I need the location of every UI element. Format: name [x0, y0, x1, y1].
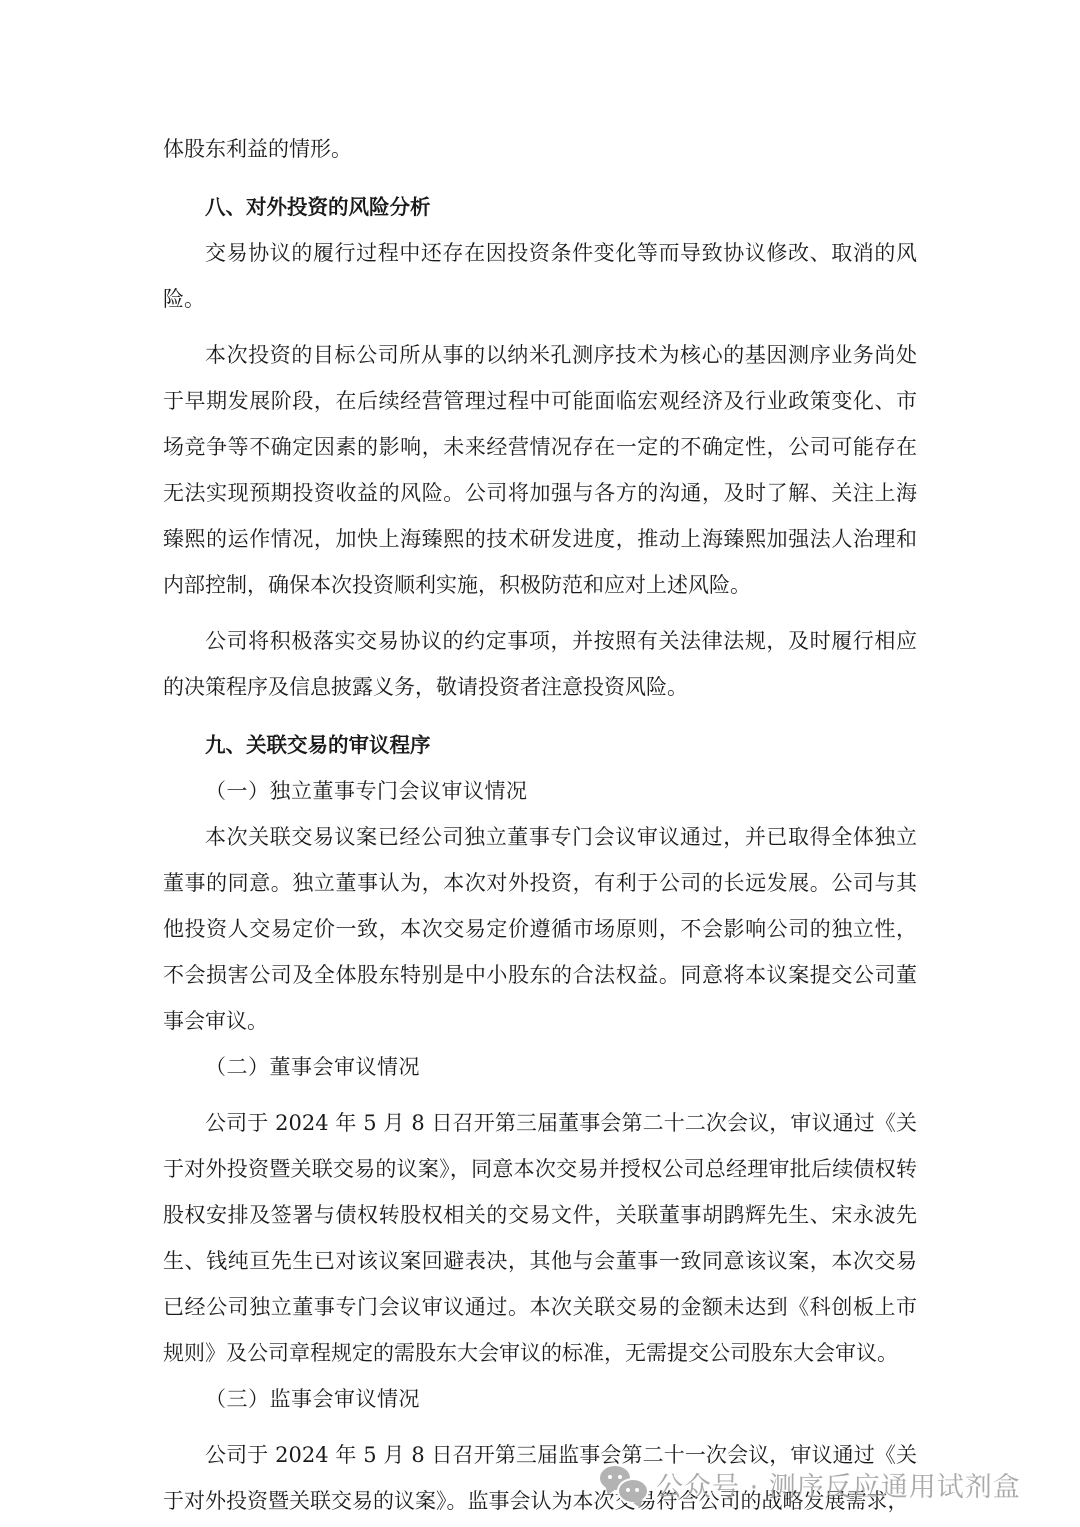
paragraph-independent-directors: 本次关联交易议案已经公司独立董事专门会议审议通过，并已取得全体独立董事的同意。独…	[163, 814, 917, 1044]
wechat-watermark: 公众号 · 测序反应通用试剂盒	[600, 1462, 1021, 1506]
section-heading-9: 九、关联交易的审议程序	[163, 722, 917, 768]
subheading-board: （二）董事会审议情况	[163, 1044, 917, 1090]
paragraph-risk-agreement: 交易协议的履行过程中还存在因投资条件变化等而导致协议修改、取消的风险。	[163, 230, 917, 322]
document-page: 体股东利益的情形。 八、对外投资的风险分析 交易协议的履行过程中还存在因投资条件…	[163, 126, 917, 1524]
watermark-label: 公众号 · 测序反应通用试剂盒	[656, 1465, 1021, 1504]
paragraph-board: 公司于 2024 年 5 月 8 日召开第三届董事会第二十二次会议，审议通过《关…	[163, 1100, 917, 1376]
section-heading-8: 八、对外投资的风险分析	[163, 184, 917, 230]
paragraph-risk-disclosure: 公司将积极落实交易协议的约定事项，并按照有关法律法规，及时履行相应的决策程序及信…	[163, 618, 917, 710]
subheading-supervisors: （三）监事会审议情况	[163, 1376, 917, 1422]
wechat-icon	[600, 1466, 646, 1502]
paragraph-continuation: 体股东利益的情形。	[163, 126, 917, 172]
subheading-independent-directors: （一）独立董事专门会议审议情况	[163, 768, 917, 814]
paragraph-risk-business: 本次投资的目标公司所从事的以纳米孔测序技术为核心的基因测序业务尚处于早期发展阶段…	[163, 332, 917, 608]
